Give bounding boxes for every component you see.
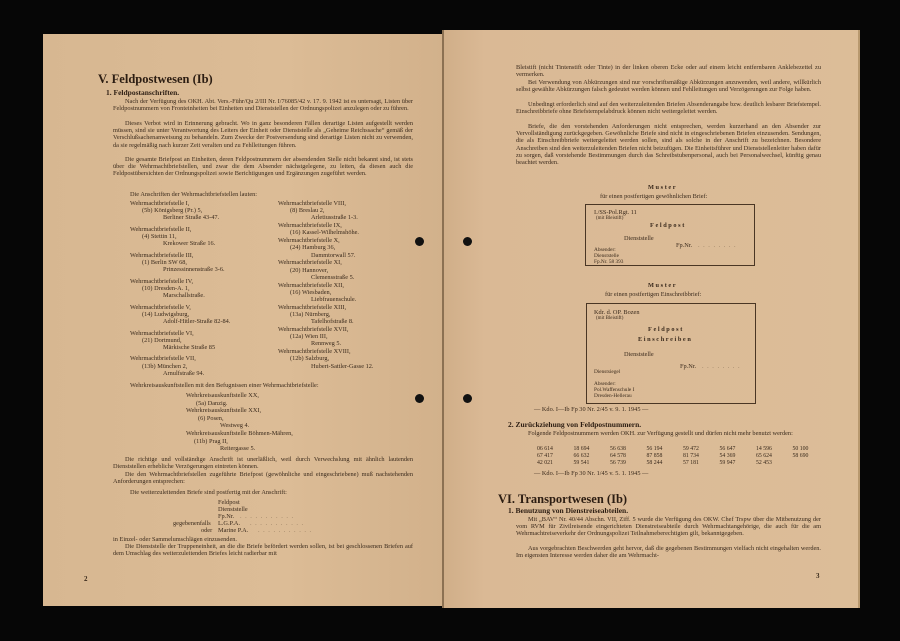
- address-line: (24) Hamburg 36,: [290, 244, 335, 251]
- feldpost-number: 65 624: [756, 453, 772, 460]
- address-line: (5b) Königsberg (Pr.) 5,: [142, 207, 202, 214]
- feldpost-number: 56 194: [647, 446, 663, 453]
- subsection-title: 2. Zurückziehung von Feldpostnummern.: [508, 420, 641, 429]
- muster-subtitle: für einen postfertigen gewöhnlichen Brie…: [600, 193, 707, 200]
- section-title: VI. Transportwesen (Ib): [498, 492, 627, 507]
- fill-dots: . . . . . . . .: [698, 242, 737, 249]
- paragraph: Unbedingt erforderlich sind auf den weit…: [516, 101, 821, 115]
- feldpost-number: 56 647: [720, 446, 736, 453]
- envelope-dienststelle: Dienststelle: [624, 235, 654, 242]
- feldpost-number: 87 858: [647, 453, 663, 460]
- envelope-fpnr: Fp.Nr.: [680, 363, 696, 370]
- paragraph: Aus vorgebrachten Beschwerden geht hervo…: [516, 545, 821, 559]
- feldpost-number: 50 100: [793, 446, 809, 453]
- feldpost-number: 56 638: [610, 446, 626, 453]
- kreis-line: Wehrkreisauskunftstelle Böhmen-Mähren,: [186, 430, 293, 437]
- address-line: Dammtorwall 57.: [311, 252, 355, 259]
- address-line: (16) Kassel-Wilhelmshöhe.: [290, 229, 359, 236]
- feldpost-number: 59 472: [683, 446, 699, 453]
- address-line: (12b) Salzburg,: [290, 355, 329, 362]
- feldpost-number: 18 694: [574, 446, 590, 453]
- feldpost-number: 56 739: [610, 460, 626, 467]
- address-line: Wehrmachtbriefstelle VI,: [130, 330, 194, 337]
- address-line: Adolf-Hitler-Straße 82-84.: [163, 318, 230, 325]
- address-line: Wehrmachtbriefstelle V,: [130, 304, 191, 311]
- sender-line: Fp.Nr. 58 393: [594, 259, 623, 265]
- paragraph: Mit „BAV“ Nr. 40/44 Abschn. VII, Ziff. 5…: [516, 516, 821, 538]
- paragraph: Die gesamte Briefpost an Einheiten, dere…: [113, 156, 413, 178]
- address-line: Tafelhofstraße 8.: [311, 318, 354, 325]
- address-line: Märkische Straße 85: [163, 344, 215, 351]
- paragraph: Briefe, die den vorstehenden Anforderung…: [516, 123, 821, 166]
- address-line: Wehrmachtbriefstelle XI,: [278, 259, 342, 266]
- paragraph: Dieses Verbot wird in Erinnerung gebrach…: [113, 120, 413, 149]
- address-line: Wehrmachtbriefstelle XVII,: [278, 326, 348, 333]
- kreis-line: (6) Posen,: [198, 415, 224, 422]
- address-line: Prinzessinnenstraße 3-6.: [163, 266, 225, 273]
- paragraph: Nach der Verfügung des OKH. Abt. Vers.-F…: [113, 98, 413, 112]
- muster-title: Muster: [648, 282, 677, 289]
- paragraph: Die Dienststelle der Truppeneinheit, an …: [113, 543, 413, 557]
- address-line: (4) Stettin 11,: [142, 233, 177, 240]
- feldpost-number: 81 734: [683, 453, 699, 460]
- kreis-line: (11b) Prag II,: [194, 438, 228, 445]
- muster-title: Muster: [648, 184, 677, 191]
- address-line: Wehrmachtbriefstelle XIII,: [278, 304, 346, 311]
- address-line: Liebfrauenschule.: [311, 296, 356, 303]
- muster-subtitle: für einen postfertigen Einschreibbrief:: [605, 291, 701, 298]
- address-line: Wehrmachtbriefstelle VII,: [130, 355, 196, 362]
- address-line: (13a) Nürnberg,: [290, 311, 330, 318]
- address-line: Arletiusstraße 1-3.: [311, 214, 358, 221]
- feldpost-number: 06 614: [537, 446, 553, 453]
- feldpost-number: 14 596: [756, 446, 772, 453]
- feldpost-number: 59 947: [720, 460, 736, 467]
- feldpost-number: 58 244: [647, 460, 663, 467]
- reference-line: — Kdo. I—Ib Fp 30 Nr. 2/45 v. 9. 1. 1945…: [534, 406, 648, 413]
- address-line: (1) Berlin SW 68,: [142, 259, 187, 266]
- address-line: (16) Wiesbaden,: [290, 289, 331, 296]
- envelope-seal: Dienstsiegel: [594, 369, 620, 376]
- address-line: Arnulfstraße 94.: [163, 370, 204, 377]
- address-line: Krekower Straße 16.: [163, 240, 215, 247]
- paragraph: Die weiterzuleitenden Briefe sind postfe…: [130, 489, 287, 496]
- address-line: Wehrmachtbriefstelle XVIII,: [278, 348, 351, 355]
- kreis-intro: Wehrkreisauskunftstellen mit den Befugni…: [130, 382, 319, 389]
- feldpost-number: 58 690: [793, 453, 809, 460]
- subsection-title: 1. Benutzung von Dienstreiseabteilen.: [508, 506, 628, 515]
- address-line: Berliner Straße 43-47.: [163, 214, 219, 221]
- envelope-heading-2: Einschreiben: [638, 336, 692, 343]
- section-title: V. Feldpostwesen (Ib): [98, 72, 213, 87]
- punch-hole: [463, 394, 472, 403]
- address-line: Wehrmachtbriefstelle X,: [278, 237, 340, 244]
- address-line: (14) Ludwigsburg,: [142, 311, 189, 318]
- envelope-heading: Feldpost: [648, 326, 684, 333]
- feldpost-number: 64 578: [610, 453, 626, 460]
- address-line: Marschallstraße.: [163, 292, 205, 299]
- fill-dots: . . . . . . . . . . .: [258, 527, 312, 534]
- paragraph: Bleistift (nicht Tintenstift oder Tinte)…: [516, 64, 821, 78]
- feldpost-number: 42 021: [537, 460, 553, 467]
- address-line: (13b) München 2,: [142, 363, 187, 370]
- envelope-fpnr: Fp.Nr.: [676, 242, 692, 249]
- address-line: Wehrmachtbriefstelle VIII,: [278, 200, 346, 207]
- address-line: Wehrmachtbriefstelle XII,: [278, 282, 344, 289]
- feldpost-number: 67 417: [537, 453, 553, 460]
- kreis-line: Reitergasse 5.: [220, 445, 255, 452]
- page-number: 2: [84, 575, 88, 583]
- sender-line: Dresden-Hellerau: [594, 393, 632, 399]
- feldpost-number: 52 453: [756, 460, 772, 467]
- address-line: Clemensstraße 5.: [311, 274, 354, 281]
- address-line: Wehrmachtbriefstelle IX,: [278, 222, 342, 229]
- address-line: (12a) Wien III,: [290, 333, 328, 340]
- envelope-dienststelle: Dienststelle: [624, 351, 654, 358]
- feldpost-number: 66 632: [574, 453, 590, 460]
- page-spine: [442, 30, 444, 608]
- paragraph: Bei Verwendung von Abkürzungen sind nur …: [516, 79, 821, 93]
- punch-hole: [463, 237, 472, 246]
- address-form-prefix: oder: [201, 527, 212, 534]
- feldpost-number: 57 181: [683, 460, 699, 467]
- kreis-line: Wehrkreisauskunftstelle XXI,: [186, 407, 261, 414]
- address-line: Wehrmachtbriefstelle II,: [130, 226, 191, 233]
- envelope-heading: Feldpost: [650, 222, 686, 229]
- address-line: (8) Breslau 2,: [290, 207, 324, 214]
- reference-line: — Kdo. I—Ib Fp 30 Nr. 1/45 v. 5. 1. 1945…: [534, 470, 648, 477]
- kreis-line: (5a) Danzig.: [196, 400, 227, 407]
- address-line: (21) Dortmund,: [142, 337, 182, 344]
- fill-dots: . . . . . . . .: [702, 363, 741, 370]
- feldpost-number: 54 369: [720, 453, 736, 460]
- feldpost-number: 59 541: [574, 460, 590, 467]
- feldpost-number-table: 06 61418 69456 63856 19459 47256 64714 5…: [537, 446, 827, 470]
- address-line: Rennweg 5.: [311, 340, 341, 347]
- kreis-line: Wehrkreisauskunftstelle XX,: [186, 392, 259, 399]
- punch-hole: [415, 394, 424, 403]
- paragraph: Die den Wehrmachtbriefstellen zugeführte…: [113, 471, 413, 485]
- page-number: 3: [816, 572, 820, 580]
- punch-hole: [415, 237, 424, 246]
- address-form-line: Marine P.A.: [218, 527, 248, 534]
- envelope-corner-note: (mit Bleistift): [596, 315, 623, 322]
- subsection-title: 1. Feldpostanschriften.: [106, 88, 179, 97]
- envelope-corner-note: (mit Bleistift): [596, 215, 623, 222]
- paragraph: Folgende Feldpostnummern werden OKH. zur…: [516, 430, 821, 437]
- kreis-line: Westweg 4.: [220, 422, 249, 429]
- address-line: (10) Dresden-A. 1,: [142, 285, 190, 292]
- address-line: Wehrmachtbriefstelle IV,: [130, 278, 193, 285]
- address-line: Wehrmachtbriefstelle I,: [130, 200, 189, 207]
- address-line: (20) Hannover,: [290, 267, 328, 274]
- address-line: Hubert-Sattler-Gasse 12.: [311, 363, 373, 370]
- addresses-intro: Die Anschriften der Wehrmachtbriefstelle…: [130, 191, 257, 198]
- paragraph: Die richtige und vollständige Anschrift …: [113, 456, 413, 470]
- address-line: Wehrmachtbriefstelle III,: [130, 252, 193, 259]
